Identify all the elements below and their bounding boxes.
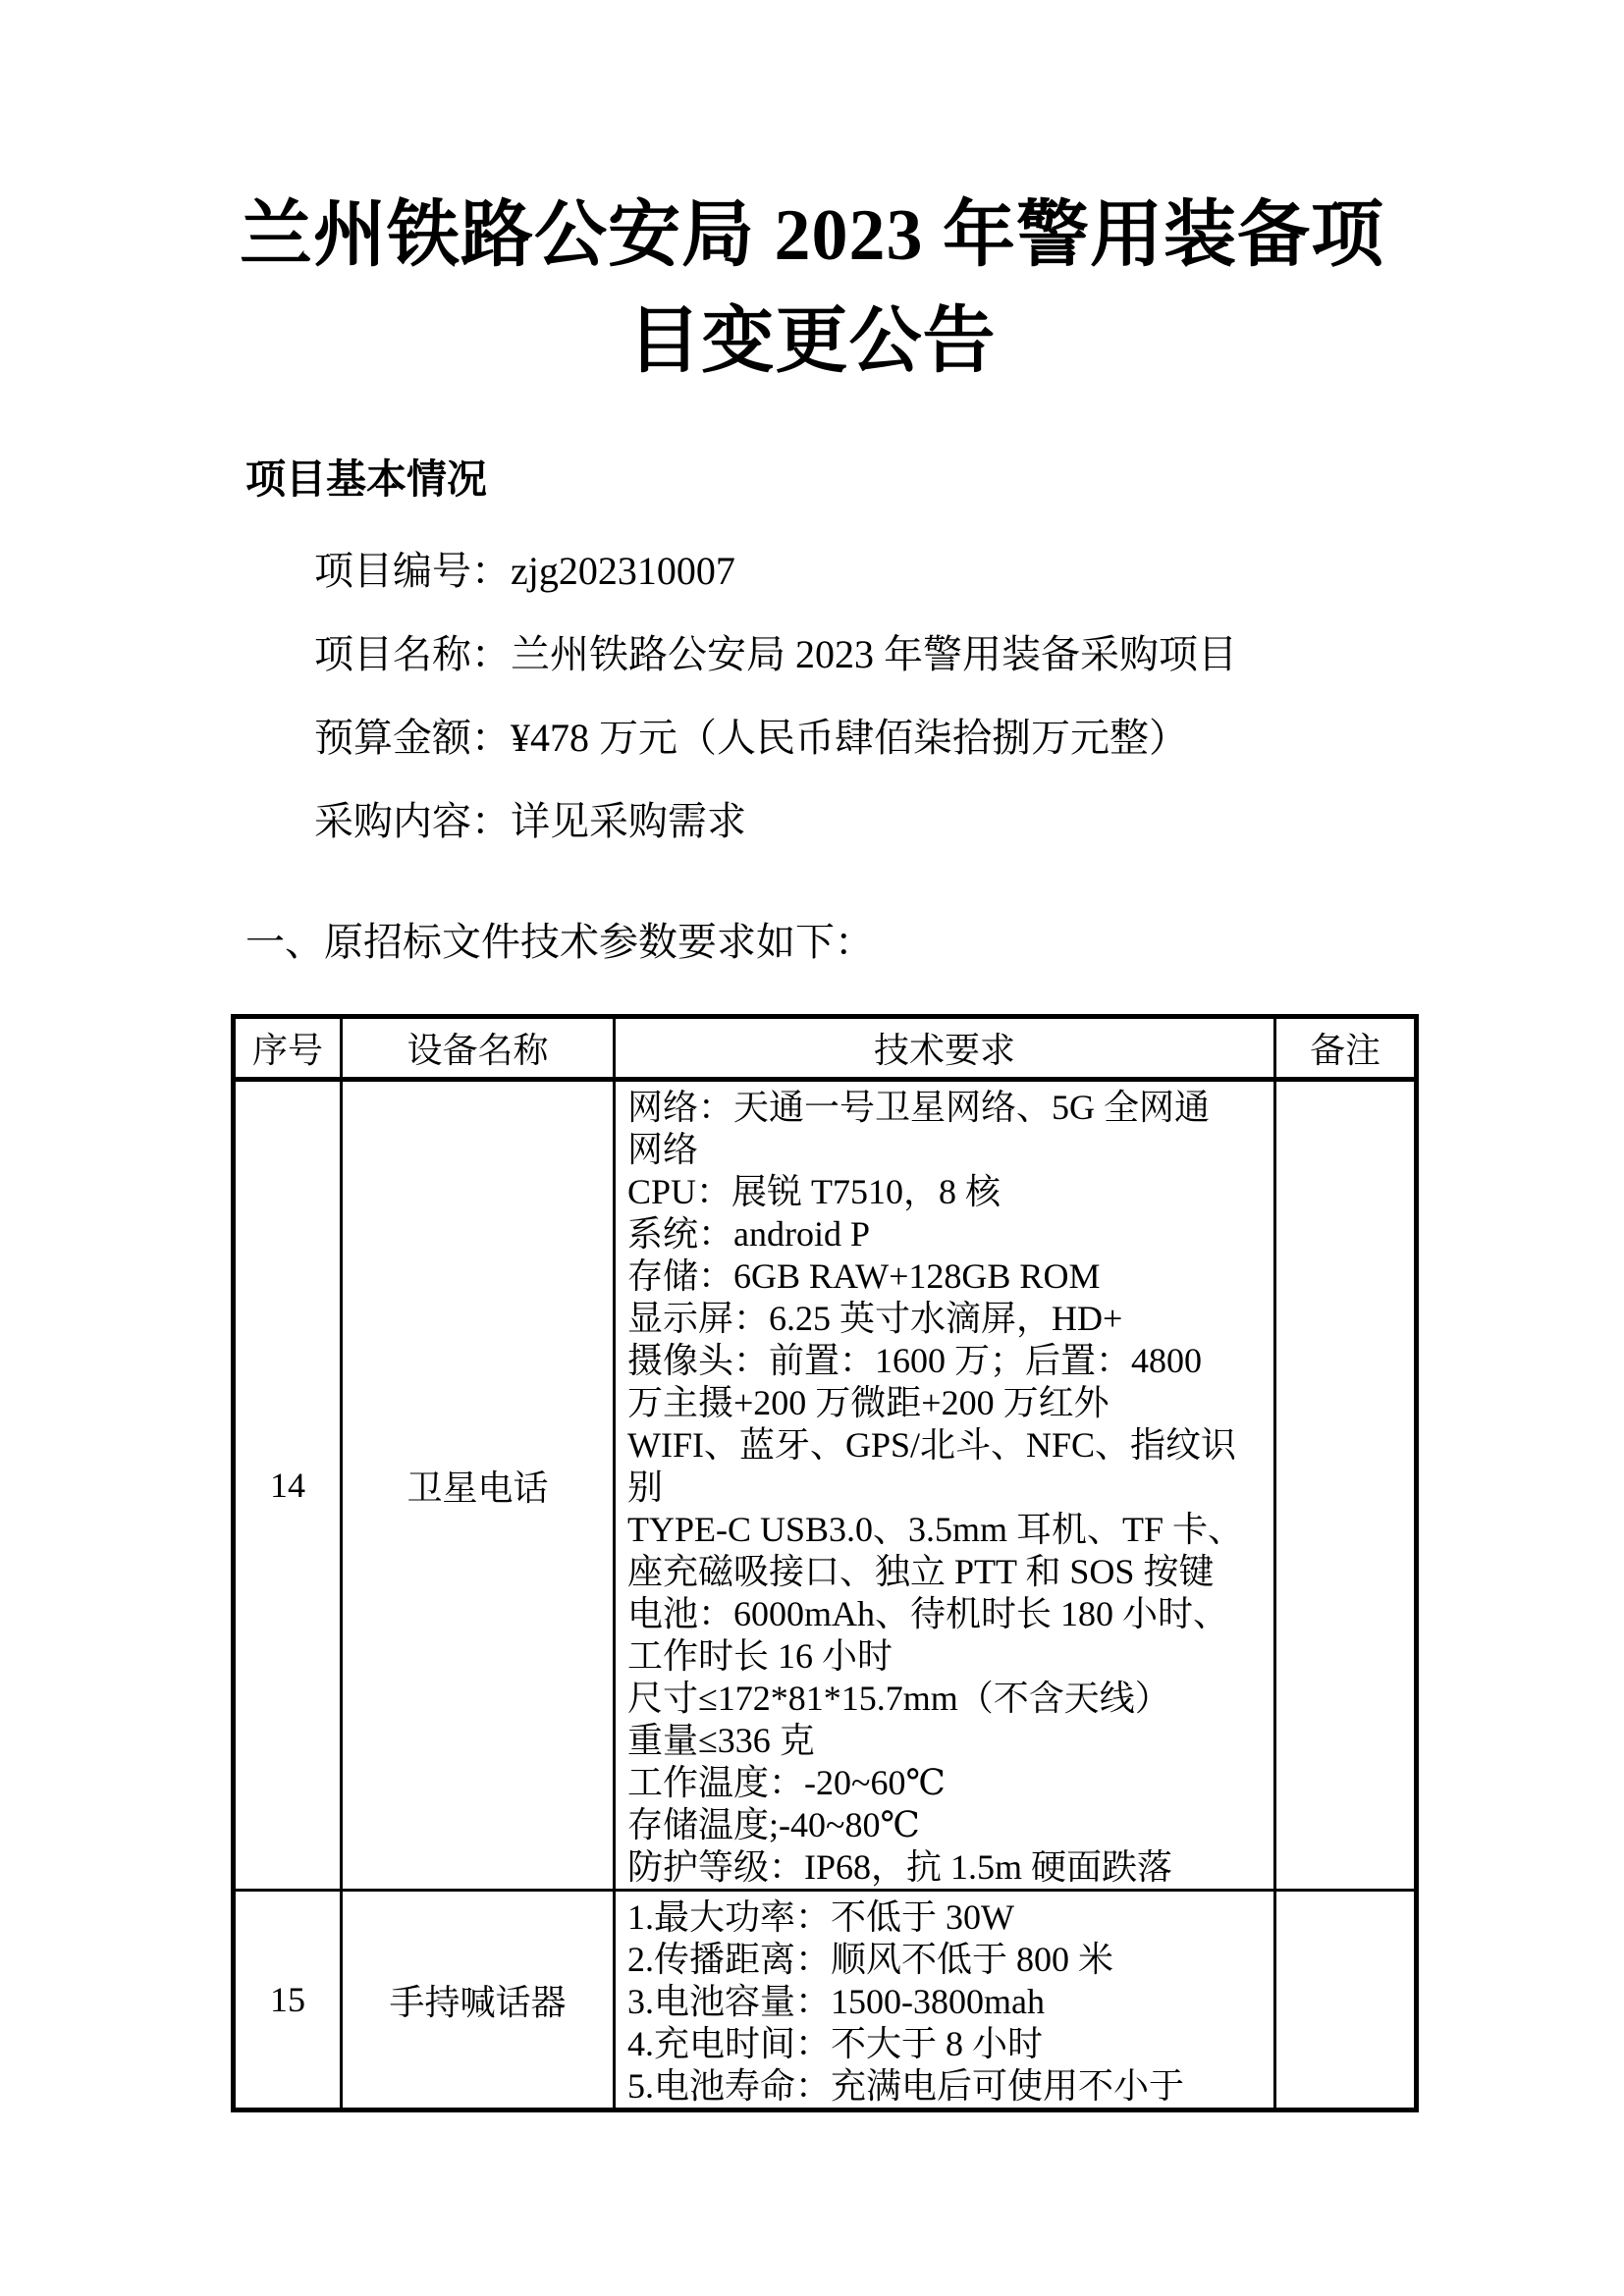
requirement-line: TYPE-C USB3.0、3.5mm 耳机、TF 卡、 bbox=[627, 1509, 1272, 1551]
requirement-line: 存储温度;-40~80℃ bbox=[627, 1804, 1272, 1846]
requirement-line: 重量≤336 克 bbox=[627, 1720, 1272, 1762]
requirement-line: 万主摄+200 万微距+200 万红外 bbox=[627, 1382, 1272, 1424]
cell-requirements: 1.最大功率：不低于 30W2.传播距离：顺风不低于 800 米3.电池容量：1… bbox=[615, 1891, 1275, 2110]
requirement-line: 2.传播距离：顺风不低于 800 米 bbox=[627, 1939, 1272, 1981]
col-header-note: 备注 bbox=[1275, 1017, 1417, 1080]
title-line-2: 目变更公告 bbox=[0, 289, 1624, 395]
table-row: 14 卫星电话 网络：天通一号卫星网络、5G 全网通网络CPU：展锐 T7510… bbox=[234, 1080, 1417, 1891]
col-header-device: 设备名称 bbox=[342, 1017, 615, 1080]
requirement-line: WIFI、蓝牙、GPS/北斗、NFC、指纹识 bbox=[627, 1424, 1272, 1467]
requirement-line: 尺寸≤172*81*15.7mm（不含天线） bbox=[627, 1678, 1272, 1720]
table-row: 15 手持喊话器 1.最大功率：不低于 30W2.传播距离：顺风不低于 800 … bbox=[234, 1891, 1417, 2110]
col-header-seq: 序号 bbox=[234, 1017, 342, 1080]
budget-amount: 预算金额：¥478 万元（人民币肆佰柒拾捌万元整） bbox=[314, 707, 1188, 763]
document-page: 兰州铁路公安局 2023 年警用装备项 目变更公告 项目基本情况 项目编号：zj… bbox=[0, 0, 1624, 2296]
cell-seq-number: 15 bbox=[234, 1891, 342, 2110]
requirement-line: 座充磁吸接口、独立 PTT 和 SOS 按键 bbox=[627, 1551, 1272, 1593]
title-line-1: 兰州铁路公安局 2023 年警用装备项 bbox=[0, 183, 1624, 289]
cell-device-name: 手持喊话器 bbox=[342, 1891, 615, 2110]
requirement-line: 网络 bbox=[627, 1129, 1272, 1171]
cell-seq-number: 14 bbox=[234, 1080, 342, 1891]
requirement-line: 工作时长 16 小时 bbox=[627, 1635, 1272, 1678]
cell-note bbox=[1275, 1080, 1417, 1891]
section-one-heading: 一、原招标文件技术参数要求如下： bbox=[245, 911, 874, 967]
table-header-row: 序号 设备名称 技术要求 备注 bbox=[234, 1017, 1417, 1080]
requirement-line: 网络：天通一号卫星网络、5G 全网通 bbox=[627, 1087, 1272, 1129]
basic-info-heading: 项目基本情况 bbox=[245, 447, 487, 505]
requirement-line: 防护等级：IP68，抗 1.5m 硬面跌落 bbox=[627, 1846, 1272, 1889]
spec-table: 序号 设备名称 技术要求 备注 14 卫星电话 网络：天通一号卫星网络、5G 全… bbox=[231, 1014, 1419, 2112]
requirement-line: 电池：6000mAh、待机时长 180 小时、 bbox=[627, 1593, 1272, 1635]
project-number: 项目编号：zjg202310007 bbox=[314, 540, 735, 596]
project-name: 项目名称：兰州铁路公安局 2023 年警用装备采购项目 bbox=[314, 623, 1237, 679]
col-header-requirements: 技术要求 bbox=[615, 1017, 1275, 1080]
requirement-line: 1.最大功率：不低于 30W bbox=[627, 1896, 1272, 1939]
requirement-line: 别 bbox=[627, 1467, 1272, 1509]
requirement-line: 工作温度：-20~60℃ bbox=[627, 1762, 1272, 1804]
procurement-content: 采购内容：详见采购需求 bbox=[314, 790, 746, 846]
requirement-line: 系统：android P bbox=[627, 1213, 1272, 1255]
requirement-line: 存储：6GB RAW+128GB ROM bbox=[627, 1255, 1272, 1298]
requirement-line: 摄像头：前置：1600 万；后置：4800 bbox=[627, 1340, 1272, 1382]
requirement-line: CPU：展锐 T7510，8 核 bbox=[627, 1171, 1272, 1213]
cell-device-name: 卫星电话 bbox=[342, 1080, 615, 1891]
requirement-line: 4.充电时间：不大于 8 小时 bbox=[627, 2023, 1272, 2065]
cell-note bbox=[1275, 1891, 1417, 2110]
requirement-line: 3.电池容量：1500-3800mah bbox=[627, 1981, 1272, 2023]
cell-requirements: 网络：天通一号卫星网络、5G 全网通网络CPU：展锐 T7510，8 核系统：a… bbox=[615, 1080, 1275, 1891]
requirement-line: 显示屏：6.25 英寸水滴屏，HD+ bbox=[627, 1298, 1272, 1340]
requirement-line: 5.电池寿命：充满电后可使用不小于 bbox=[627, 2065, 1272, 2108]
document-title: 兰州铁路公安局 2023 年警用装备项 目变更公告 bbox=[0, 183, 1624, 395]
